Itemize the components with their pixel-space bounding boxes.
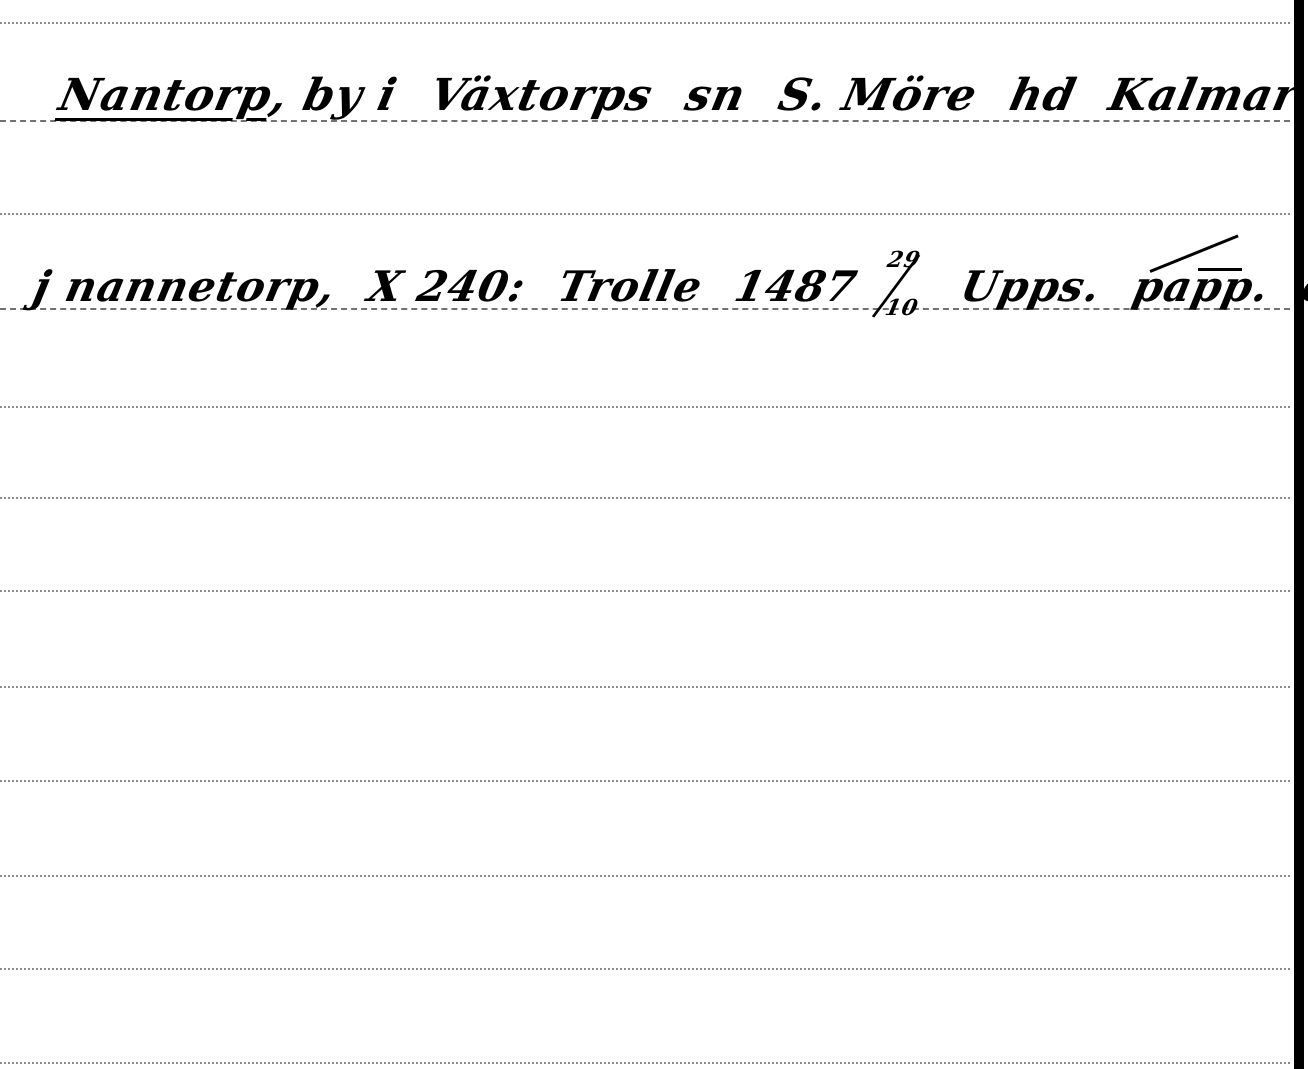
county-name: Kalmar bbox=[1104, 70, 1303, 121]
year: 1487 bbox=[730, 262, 861, 311]
hundred-name: S. Möre bbox=[774, 70, 982, 121]
day: 29 bbox=[885, 247, 923, 273]
attestation-line: j nannetorp, X 240: Trolle 1487 29 10 Up… bbox=[28, 262, 1308, 315]
parish-abbrev: sn bbox=[681, 70, 751, 121]
attested-form: j nannetorp, bbox=[29, 262, 340, 311]
ruled-line bbox=[0, 497, 1290, 499]
card-edge bbox=[1294, 0, 1304, 1069]
ruled-line bbox=[0, 780, 1290, 782]
headword: Nantorp bbox=[55, 70, 277, 121]
archive-abbrev: Upps. bbox=[957, 262, 1106, 311]
ruled-line bbox=[0, 968, 1290, 970]
ruled-line bbox=[0, 590, 1290, 592]
date-fraction: 29 10 bbox=[866, 265, 925, 315]
ruled-line bbox=[0, 875, 1290, 877]
ruled-line bbox=[0, 22, 1290, 24]
entry-heading-line: Nantorp, by i Växtorps sn S. Möre hd Kal… bbox=[55, 70, 1308, 121]
ruled-line bbox=[0, 686, 1290, 688]
index-card: Nantorp, by i Växtorps sn S. Möre hd Kal… bbox=[0, 0, 1308, 1069]
ruled-line bbox=[0, 213, 1290, 215]
month: 10 bbox=[883, 295, 921, 321]
flourish-mark-top bbox=[1198, 268, 1242, 271]
location-phrase: , by i bbox=[266, 70, 402, 121]
source-name: Trolle bbox=[554, 262, 707, 311]
ruled-line bbox=[0, 406, 1290, 408]
hundred-abbrev: hd bbox=[1005, 70, 1081, 121]
parish-name: Växtorps bbox=[425, 70, 657, 121]
source-reference: X 240: bbox=[364, 262, 531, 311]
ruled-line bbox=[0, 1062, 1290, 1064]
